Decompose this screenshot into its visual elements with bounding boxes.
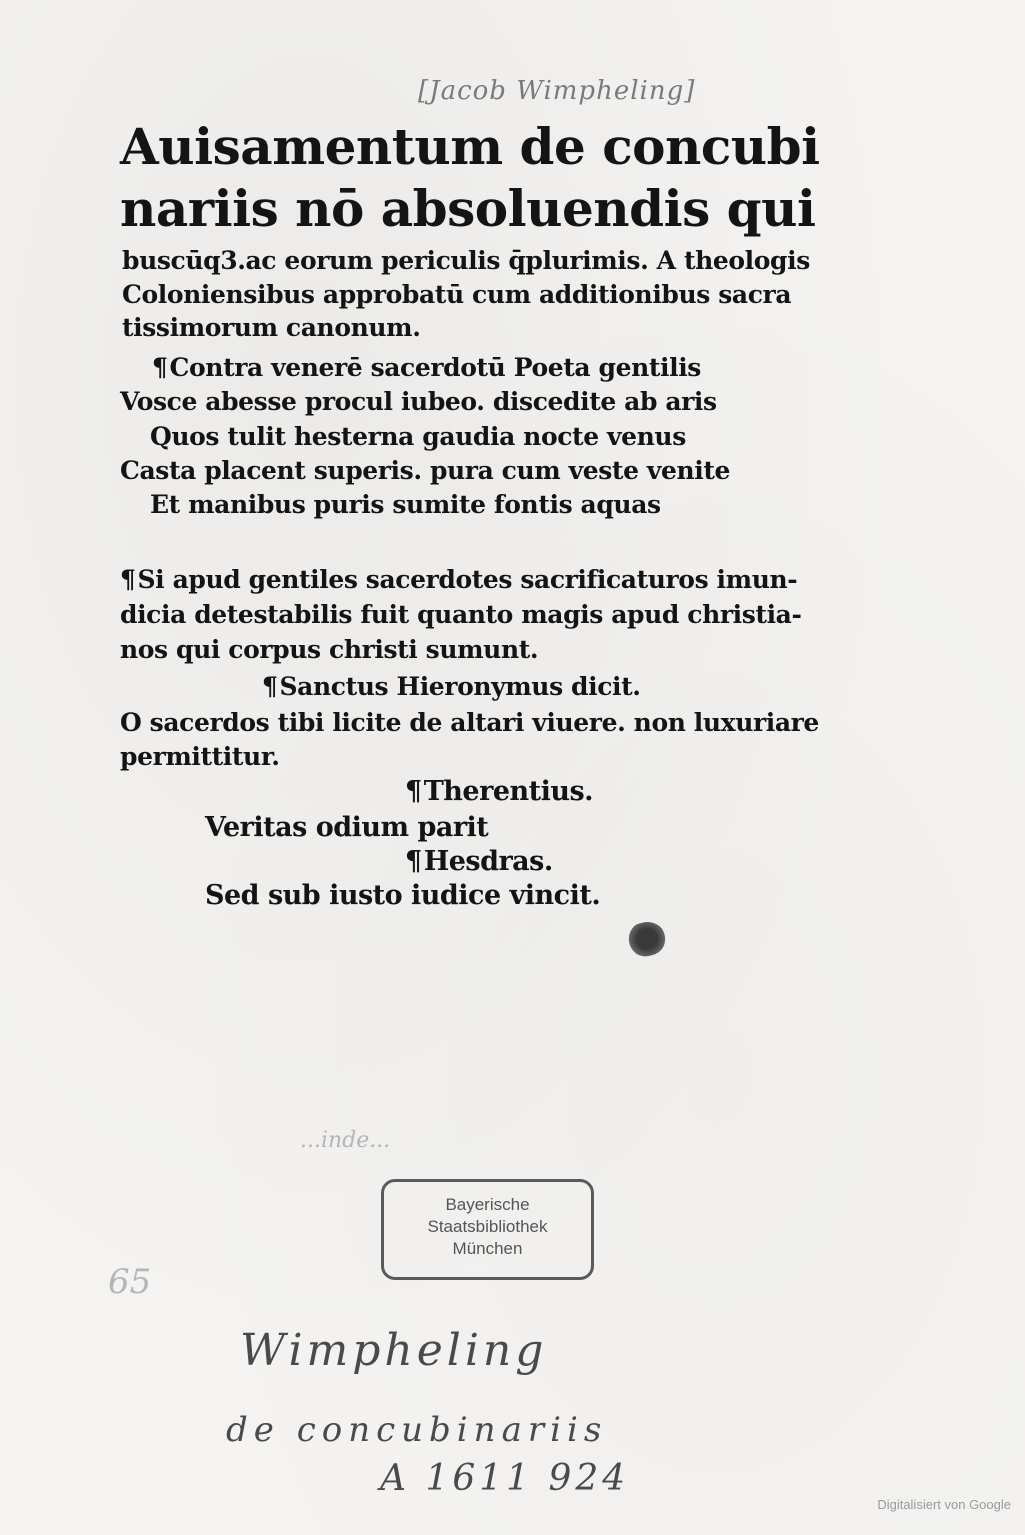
stamp-line-1: Bayerische	[384, 1194, 591, 1216]
poem-line-3: Casta placent superis. pura cum veste ve…	[120, 456, 730, 485]
hieronymus-line-1: O sacerdos tibi licite de altari viuere.…	[120, 708, 819, 737]
faint-mark: ...inde...	[300, 1128, 390, 1153]
handwritten-author: Wimpheling	[240, 1325, 547, 1376]
ink-blot	[624, 918, 670, 961]
title-line-1: Auisamentum de concubi	[120, 122, 820, 172]
esdras-line: Sed sub iusto iudice vincit.	[205, 880, 600, 911]
esdras-heading: ¶Hesdras.	[405, 846, 553, 877]
subtitle-line-1: buscūq3.ac eorum periculis q̄plurimis. A…	[122, 246, 810, 275]
subtitle-line-3: tissimorum canonum.	[122, 313, 421, 342]
paragraph-line-3: nos qui corpus christi sumunt.	[120, 635, 538, 664]
title-line-2: nariis nō absoluendis qui	[120, 184, 815, 234]
hieronymus-heading-text: Sanctus Hieronymus dicit.	[280, 672, 641, 701]
pilcrow-icon: ¶	[152, 353, 168, 382]
library-stamp: Bayerische Staatsbibliothek München	[381, 1179, 594, 1280]
handwritten-shelfmark: A 1611 924	[380, 1458, 629, 1499]
hieronymus-line-2: permittitur.	[120, 742, 280, 771]
handwritten-attribution: [Jacob Wimpheling]	[418, 76, 695, 106]
poem-line-4: Et manibus puris sumite fontis aquas	[150, 490, 661, 519]
terentius-line: Veritas odium parit	[205, 812, 488, 843]
poem-heading: ¶Contra venerē sacerdotū Poeta gentilis	[152, 353, 701, 382]
subtitle-line-2: Coloniensibus approbatū cum additionibus…	[122, 280, 791, 309]
stamp-line-3: München	[384, 1238, 591, 1260]
pilcrow-icon: ¶	[405, 846, 422, 877]
pilcrow-icon: ¶	[120, 565, 136, 594]
handwritten-title: de concubinariis	[226, 1410, 607, 1450]
digitization-watermark: Digitalisiert von Google	[877, 1497, 1011, 1512]
faint-mark: 65	[108, 1262, 151, 1302]
terentius-heading-text: Therentius.	[424, 776, 593, 807]
pilcrow-icon: ¶	[405, 776, 422, 807]
paragraph-line-2: dicia detestabilis fuit quanto magis apu…	[120, 600, 801, 629]
poem-line-2: Quos tulit hesterna gaudia nocte venus	[150, 422, 686, 451]
stamp-line-2: Staatsbibliothek	[384, 1216, 591, 1238]
terentius-heading: ¶Therentius.	[405, 776, 593, 807]
pilcrow-icon: ¶	[262, 672, 278, 701]
poem-heading-text: Contra venerē sacerdotū Poeta gentilis	[170, 353, 701, 382]
paragraph-line-1: ¶Si apud gentiles sacerdotes sacrificatu…	[120, 565, 797, 594]
poem-line-1: Vosce abesse procul iubeo. discedite ab …	[120, 387, 717, 416]
scanned-page: [Jacob Wimpheling] Auisamentum de concub…	[0, 0, 1025, 1535]
hieronymus-heading: ¶Sanctus Hieronymus dicit.	[262, 672, 641, 701]
esdras-heading-text: Hesdras.	[424, 846, 553, 877]
paragraph-line-1-text: Si apud gentiles sacerdotes sacrificatur…	[138, 565, 798, 594]
